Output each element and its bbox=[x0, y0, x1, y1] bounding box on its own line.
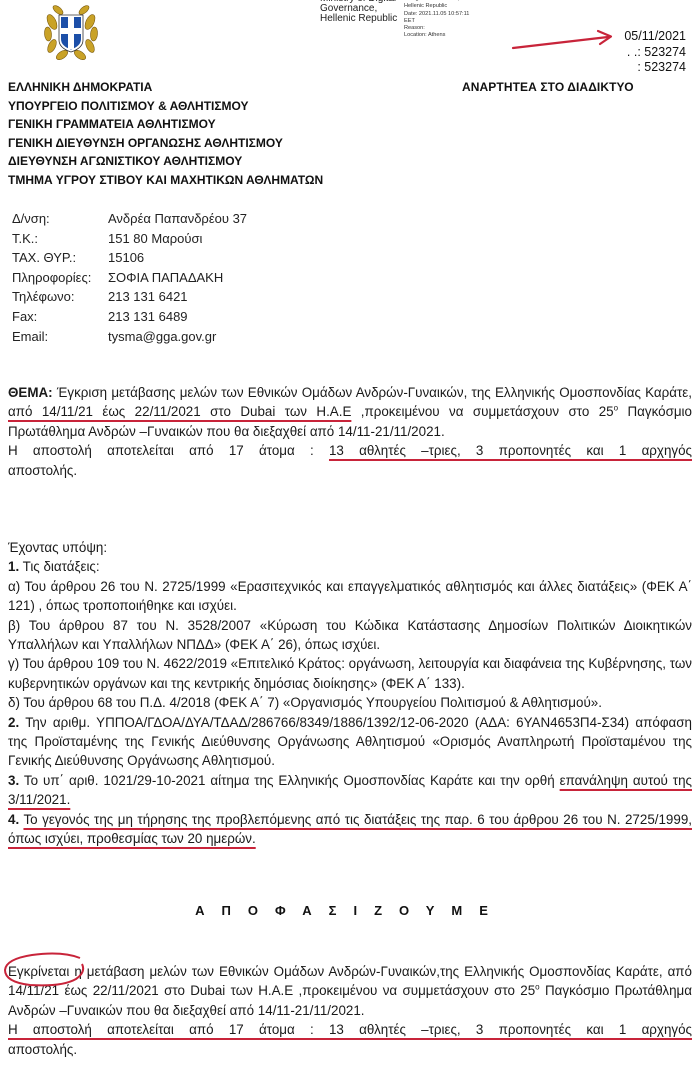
publish-online-note: ΑΝΑΡΤΗΤΕΑ ΣΤΟ ΔΙΑΔΙΚΤΥΟ bbox=[462, 80, 634, 94]
protocol-number-secondary: : 523274 bbox=[624, 60, 686, 76]
protocol-block: 05/11/2021 . .: 523274 : 523274 bbox=[624, 29, 686, 76]
header-line: ΕΛΛΗΝΙΚΗ ΔΗΜΟΚΡΑΤΙΑ bbox=[8, 78, 323, 97]
subject-text: ,προκειμένου να συμμετάσχουν στο 25 bbox=[351, 404, 613, 419]
underlined-composition: Η αποστολή αποτελείται από 17 άτομα : 13… bbox=[8, 1022, 692, 1037]
subject-label: ΘΕΜΑ: bbox=[8, 385, 53, 400]
contact-value: 151 80 Μαρούσι bbox=[108, 229, 202, 249]
item-1a: α) Του άρθρου 26 του Ν. 2725/1999 «Ερασι… bbox=[8, 577, 692, 616]
considering-intro: Έχοντας υπόψη: bbox=[8, 538, 692, 557]
red-circle-annotation-icon bbox=[2, 952, 88, 988]
decision-heading: ΑΠΟΦΑΣΙΖΟΥΜΕ bbox=[0, 903, 700, 918]
item-1d: δ) Του άρθρου 68 του Π.Δ. 4/2018 (ΦΕΚ Α΄… bbox=[8, 693, 692, 712]
contact-label: Πληροφορίες: bbox=[12, 268, 108, 288]
contact-row-phone: Τηλέφωνο:213 131 6421 bbox=[12, 287, 247, 307]
item-number: 1. bbox=[8, 559, 19, 574]
underlined-composition: 13 αθλητές –τριες, 3 προπονητές και 1 αρ… bbox=[329, 443, 692, 458]
contact-value: 213 131 6489 bbox=[108, 307, 188, 327]
item-1: 1. Τις διατάξεις: bbox=[8, 557, 692, 576]
signature-date: Date: 2021.11.05 10:57:11 bbox=[404, 11, 469, 18]
contact-value: 213 131 6421 bbox=[108, 287, 188, 307]
header-line: ΤΜΗΜΑ ΥΓΡΟΥ ΣΤΙΒΟΥ ΚΑΙ ΜΑΧΗΤΙΚΩΝ ΑΘΛΗΜΑΤ… bbox=[8, 171, 323, 190]
item-1c: γ) Του άρθρου 109 του Ν. 4622/2019 «Επιτ… bbox=[8, 654, 692, 693]
digital-signature-details: of Digital Governance, Hellenic Republic… bbox=[404, 0, 469, 40]
contact-row-fax: Fax:213 131 6489 bbox=[12, 307, 247, 327]
composition-text: αποστολής. bbox=[8, 461, 692, 480]
item-text: Τις διατάξεις: bbox=[19, 559, 99, 574]
header-line: ΓΕΝΙΚΗ ΔΙΕΥΘΥΝΣΗ ΟΡΓΑΝΩΣΗΣ ΑΘΛΗΤΙΣΜΟΥ bbox=[8, 134, 323, 153]
contact-label: Τ.Κ.: bbox=[12, 229, 108, 249]
contact-value: 15106 bbox=[108, 248, 144, 268]
red-arrow-annotation-icon bbox=[510, 26, 622, 54]
underlined-deadline-note: Το γεγονός της μη τήρησης της προβλεπόμε… bbox=[8, 812, 692, 846]
contact-row-pobox: ΤΑΧ. ΘΥΡ.:15106 bbox=[12, 248, 247, 268]
item-4: 4. Το γεγονός της μη τήρησης της προβλεπ… bbox=[8, 810, 692, 849]
item-1b: β) Του άρθρου 87 του Ν. 3528/2007 «Κύρωσ… bbox=[8, 616, 692, 655]
item-text: Την αριθμ. ΥΠΠΟΑ/ΓΔΟΑ/ΔΥΑ/ΤΔΑΔ/286766/83… bbox=[8, 715, 692, 769]
contact-label: Email: bbox=[12, 327, 108, 347]
item-3: 3. Το υπ΄ αριθ. 1021/29-10-2021 αίτημα τ… bbox=[8, 771, 692, 810]
contact-label: ΤΑΧ. ΘΥΡ.: bbox=[12, 248, 108, 268]
contact-row-info: Πληροφορίες:ΣΟΦΙΑ ΠΑΠΑΔΑΚΗ bbox=[12, 268, 247, 288]
header-line: ΔΙΕΥΘΥΝΣΗ ΑΓΩΝΙΣΤΙΚΟΥ ΑΘΛΗΤΙΣΜΟΥ bbox=[8, 152, 323, 171]
contact-value: Ανδρέα Παπανδρέου 37 bbox=[108, 209, 247, 229]
composition-text: Η αποστολή αποτελείται από 17 άτομα : bbox=[8, 443, 329, 458]
underlined-dates-location: από 14/11/21 έως 22/11/2021 στο Dubai τω… bbox=[8, 404, 351, 419]
subject-text: Έγκριση μετάβασης μελών των Εθνικών Ομάδ… bbox=[53, 385, 692, 400]
contact-value: ΣΟΦΙΑ ΠΑΠΑΔΑΚΗ bbox=[108, 268, 223, 288]
signer-line: Hellenic Republic bbox=[320, 14, 397, 24]
contact-row-email: Email:tysma@gga.gov.gr bbox=[12, 327, 247, 347]
contact-email-link[interactable]: tysma@gga.gov.gr bbox=[108, 327, 216, 347]
protocol-date: 05/11/2021 bbox=[624, 29, 686, 45]
contact-details: Δ/νση:Ανδρέα Παπανδρέου 37 Τ.Κ.:151 80 Μ… bbox=[12, 209, 247, 346]
item-number: 4. bbox=[8, 812, 19, 827]
issuing-authority-header: ΕΛΛΗΝΙΚΗ ΔΗΜΟΚΡΑΤΙΑ ΥΠΟΥΡΓΕΙΟ ΠΟΛΙΤΙΣΜΟΥ… bbox=[8, 78, 323, 190]
header-line: ΓΕΝΙΚΗ ΓΡΑΜΜΑΤΕΙΑ ΑΘΛΗΤΙΣΜΟΥ bbox=[8, 115, 323, 134]
considering-section: Έχοντας υπόψη: 1. Τις διατάξεις: α) Του … bbox=[8, 538, 692, 849]
item-text: Το υπ΄ αριθ. 1021/29-10-2021 αίτημα της … bbox=[19, 773, 559, 788]
subject-paragraph: ΘΕΜΑ: Έγκριση μετάβασης μελών των Εθνικώ… bbox=[8, 383, 692, 480]
greek-coat-of-arms-icon bbox=[40, 2, 102, 64]
digital-signature-signer: Ministry of Digital Governance, Hellenic… bbox=[320, 0, 397, 24]
signature-detail: EET bbox=[404, 18, 469, 25]
contact-row-address: Δ/νση:Ανδρέα Παπανδρέου 37 bbox=[12, 209, 247, 229]
contact-label: Δ/νση: bbox=[12, 209, 108, 229]
contact-label: Τηλέφωνο: bbox=[12, 287, 108, 307]
protocol-number: . .: 523274 bbox=[624, 45, 686, 61]
decision-text: αποστολής. bbox=[8, 1040, 692, 1059]
signature-detail: Hellenic Republic bbox=[404, 3, 469, 10]
item-2: 2. Την αριθμ. ΥΠΠΟΑ/ΓΔΟΑ/ΔΥΑ/ΤΔΑΔ/286766… bbox=[8, 713, 692, 771]
contact-row-postcode: Τ.Κ.:151 80 Μαρούσι bbox=[12, 229, 247, 249]
item-number: 2. bbox=[8, 715, 19, 730]
item-number: 3. bbox=[8, 773, 19, 788]
signature-location: Location: Athens bbox=[404, 32, 469, 39]
decision-paragraph: Εγκρίνεται η μετάβαση μελών των Εθνικών … bbox=[8, 962, 692, 1059]
signature-reason: Reason: bbox=[404, 25, 469, 32]
contact-label: Fax: bbox=[12, 307, 108, 327]
header-line: ΥΠΟΥΡΓΕΙΟ ΠΟΛΙΤΙΣΜΟΥ & ΑΘΛΗΤΙΣΜΟΥ bbox=[8, 97, 323, 116]
